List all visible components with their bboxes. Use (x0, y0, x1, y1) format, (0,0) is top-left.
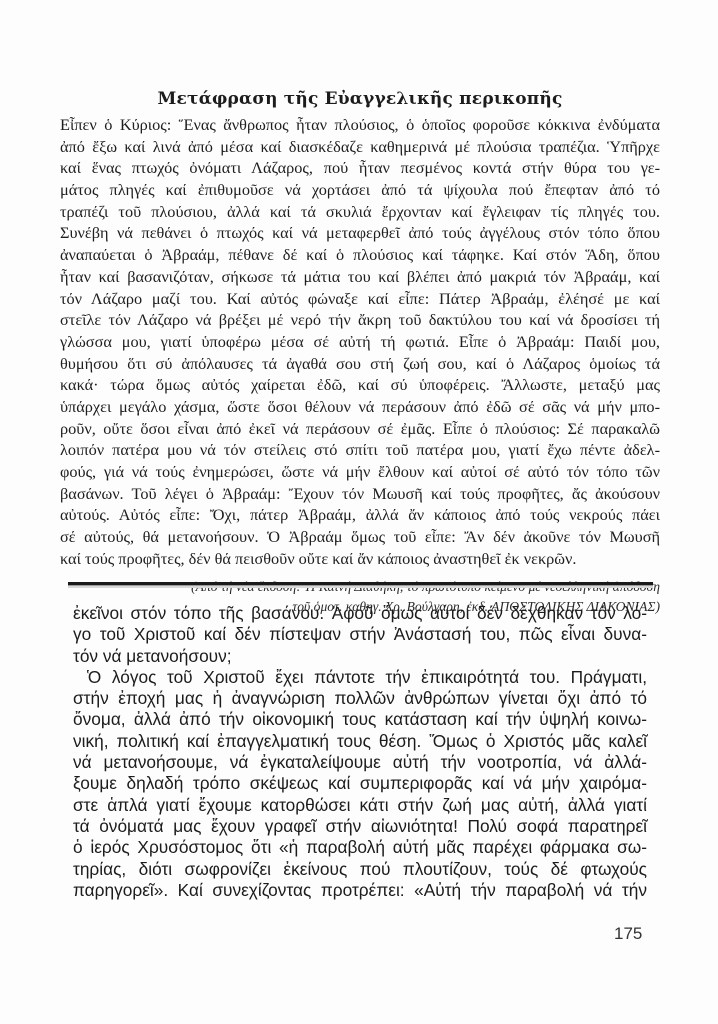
body-line: στε ἁπλά γιατί ἔχουμε κατορθώσει κάτι στ… (73, 795, 647, 816)
commentary-text: ἐκεῖνοι στόν τόπο τῆς βασάνου. Ἀφοῦ ὅμως… (73, 603, 647, 901)
translation-line: στεῖλε τόν Λάζαρο νά βρέξει μέ νερό τήν … (60, 309, 660, 331)
section-title: Μετάφραση τῆς Εὐαγγελικῆς περικοπῆς (60, 88, 660, 110)
body-line: παρηγορεῖ». Καί συνεχίζοντας προτρέπει: … (73, 880, 647, 901)
book-page: Μετάφραση τῆς Εὐαγγελικῆς περικοπῆς Εἶπε… (0, 0, 718, 1024)
translation-line: ὑπάρχει μεγάλο χάσμα, ὥστε ὅσοι θέλουν ν… (60, 396, 660, 418)
body-line: τηρίας, διότι σωφρονίζει ἐκείνους πού πλ… (73, 859, 647, 880)
translation-line: ἀναπαύεται ὁ Ἀβραάμ, πέθανε δέ καί ὁ πλο… (60, 244, 660, 266)
body-line: γο τοῦ Χριστοῦ καί δέν πίστεψαν στήν Ἀνά… (73, 624, 647, 645)
body-line: τά ὀνόματά μας ἔχουν γραφεῖ στήν αἰωνιότ… (73, 816, 647, 837)
translation-line: τραπέζι τοῦ πλούσιου, ἀλλά καί τά σκυλιά… (60, 201, 660, 223)
translation-line: Εἶπεν ὁ Κύριος: Ἕνας ἄνθρωπος ἦταν πλούσ… (60, 114, 660, 136)
body-line: στήν ἐποχή μας ἡ ἀναγνώριση πολλῶν ἀνθρώ… (73, 688, 647, 709)
translation-line: φούς, γιά νά τούς ἐνημερώσει, ὥστε νά μή… (60, 461, 660, 483)
translation-line: ροῦν, οὔτε ὅσοι εἶναι ἀπό ἐκεῖ νά περάσο… (60, 418, 660, 440)
body-line: ὁ ἱερός Χρυσόστομος ὅτι «ἡ παραβολή αὐτή… (73, 837, 647, 858)
translation-line: θυμήσου ὅτι σύ ἀπόλαυσες τά ἀγαθά σου στ… (60, 353, 660, 375)
translation-line: βασάνων. Τοῦ λέγει ὁ Ἀβραάμ: Ἔχουν τόν Μ… (60, 483, 660, 505)
translation-line: Συνέβη νά πεθάνει ὁ πτωχός καί νά μεταφε… (60, 222, 660, 244)
translation-line: γλώσσα μου, γιατί ὑποφέρω μέσα σέ αὐτή τ… (60, 331, 660, 353)
translation-line: καί ἕνας πτωχός ὀνόματι Λάζαρος, πού ἦτα… (60, 157, 660, 179)
translation-line: ἀπό ἔξω καί λινά ἀπό μέσα καί διασκέδαζε… (60, 136, 660, 158)
translation-line: λοιπόν πατέρα μου νά τόν στείλεις στό σπ… (60, 439, 660, 461)
body-line: νική, πολιτική καί ἐπαγγελματική τους θέ… (73, 731, 647, 752)
body-line: τόν νά μετανοήσουν; (73, 646, 647, 667)
body-line: ἐκεῖνοι στόν τόπο τῆς βασάνου. Ἀφοῦ ὅμως… (73, 603, 647, 624)
body-line: νά μετανοήσουμε, νά ἐγκαταλείψουμε αὐτή … (73, 752, 647, 773)
translation-line: κακά· τώρα ὅμως αὐτός χαίρεται ἐδῶ, καί … (60, 374, 660, 396)
translation-line: αὐτούς. Αὐτός εἶπε: Ὄχι, πάτερ Ἀβραάμ, ἀ… (60, 504, 660, 526)
translation-line: σέ αὐτούς, θά μετανοήσουν. Ὁ Ἀβραάμ ὅμως… (60, 526, 660, 548)
section-divider (68, 582, 653, 588)
page-number: 175 (614, 924, 642, 944)
translation-box: Μετάφραση τῆς Εὐαγγελικῆς περικοπῆς Εἶπε… (60, 88, 660, 617)
translation-line: μάτος πληγές καί ἐπιθυμοῦσε νά χορτάσει … (60, 179, 660, 201)
body-line: ξουμε δηλαδή τρόπο σκέψεως καί συμπεριφο… (73, 773, 647, 794)
translation-text: Εἶπεν ὁ Κύριος: Ἕνας ἄνθρωπος ἦταν πλούσ… (60, 114, 660, 569)
body-line: ὄνομα, ἀλλά ἀπό τήν οἰκονομική τους κατά… (73, 709, 647, 730)
translation-line: καί τούς προφῆτες, δέν θά πεισθοῦν οὔτε … (60, 548, 660, 570)
translation-line: τόν Λάζαρο μαζί του. Καί αὐτός φώναξε κα… (60, 288, 660, 310)
body-line: Ὁ λόγος τοῦ Χριστοῦ ἔχει πάντοτε τήν ἐπι… (73, 667, 647, 688)
translation-line: ἦταν καί βασανιζόταν, σήκωσε τά μάτια το… (60, 266, 660, 288)
